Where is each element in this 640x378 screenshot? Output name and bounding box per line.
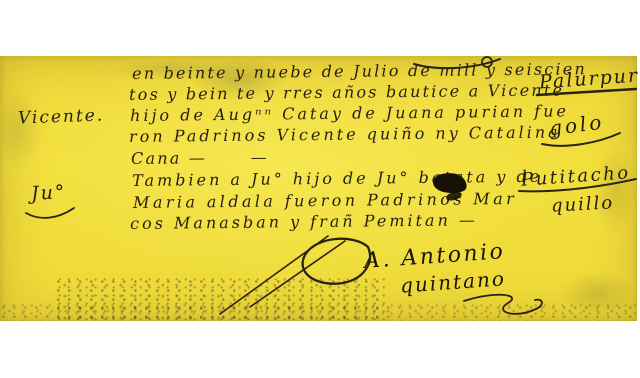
record-line-5: Cana — —	[131, 148, 269, 168]
scanned-baptism-record-page: Vicente. Ju° en beinte y nuebe de Julio …	[0, 0, 640, 378]
record-line-8: cos Manasban y frañ Pemitan —	[130, 210, 478, 233]
manuscript-paper: Vicente. Ju° en beinte y nuebe de Julio …	[0, 56, 637, 321]
speckle-band-bottom-left	[55, 278, 385, 320]
record-line-3: hijo de Augⁿⁿ Catay de Juana purian fue	[130, 101, 569, 125]
speckle-band-bottom-edge	[0, 304, 637, 321]
signature-surname: quintano	[399, 266, 506, 297]
record-line-2: tos y bein te y rres años bautice a Vice…	[129, 80, 564, 104]
margin-name-vicente: Vicente.	[18, 106, 105, 129]
record-line-1: en beinte y nuebe de Julio de mill y sei…	[132, 59, 587, 83]
record-line-4: ron Padrinos Vicente quiño ny Catalina	[129, 122, 561, 146]
stain-bottom-right	[560, 271, 635, 316]
stain-right-edge	[592, 146, 640, 236]
margin-place-quillo: quillo	[550, 192, 614, 216]
record-line-6: Tambien a Ju° hijo de Ju° batata y de	[132, 167, 542, 190]
stain-left-edge	[0, 91, 44, 171]
margin-name-ju: Ju°	[30, 181, 66, 205]
margin-place-golo: golo	[548, 110, 606, 141]
